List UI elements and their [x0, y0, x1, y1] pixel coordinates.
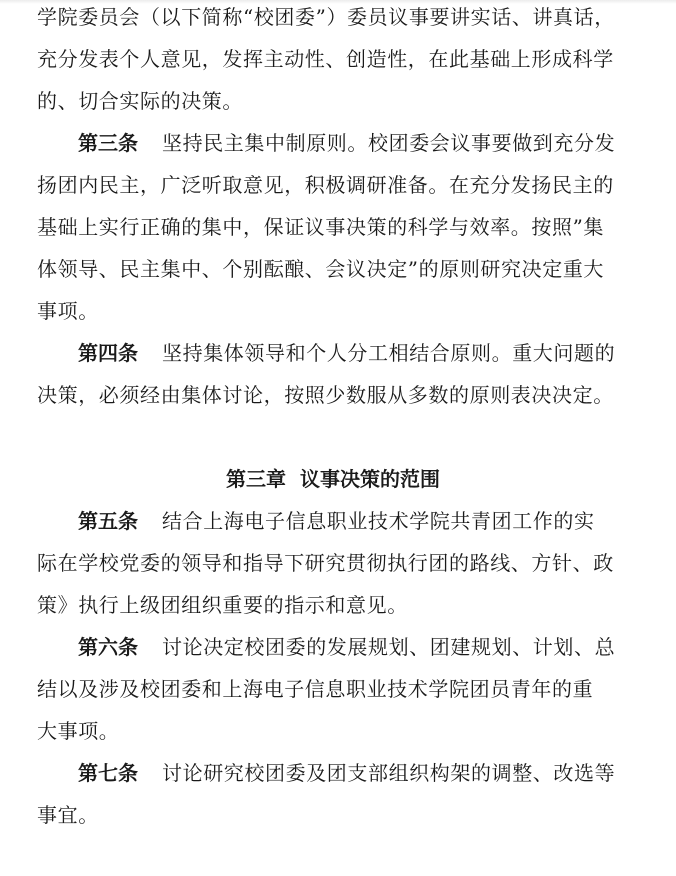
paragraph-line: 结以及涉及校团委和上海电子信息职业技术学院团员青年的重 [37, 668, 593, 710]
paragraph-line: 策》执行上级团组织重要的指示和意见。 [37, 584, 408, 626]
article-6-first-line: 第六条讨论决定校团委的发展规划、团建规划、计划、总 [78, 626, 615, 668]
article-5-label: 第五条 [78, 509, 138, 533]
paragraph-line: 基础上实行正确的集中，保证议事决策的科学与效率。按照”集 [37, 206, 604, 248]
paragraph-line: 充分发表个人意见，发挥主动性、创造性，在此基础上形成科学 [37, 38, 614, 80]
paragraph-line: 学院委员会（以下简称“校团委”）委员议事要讲实话、讲真话， [37, 0, 615, 38]
article-6-text: 讨论决定校团委的发展规划、团建规划、计划、总 [162, 635, 615, 659]
chapter-heading: 第三章 议事决策的范围 [37, 458, 629, 500]
paragraph-line: 体领导、民主集中、个别酝酿、会议决定”的原则研究决定重大 [37, 248, 604, 290]
paragraph-line: 际在学校党委的领导和指导下研究贯彻执行团的路线、方针、政 [37, 542, 614, 584]
paragraph-line: 事宜。 [37, 794, 99, 836]
paragraph-line: 决策，必须经由集体讨论，按照少数服从多数的原则表决决定。 [37, 374, 614, 416]
paragraph-line: 事项。 [37, 290, 99, 332]
article-3-label: 第三条 [78, 131, 138, 155]
article-6-label: 第六条 [78, 635, 138, 659]
paragraph-line: 大事项。 [37, 710, 119, 752]
article-5-first-line: 第五条结合上海电子信息职业技术学院共青团工作的实 [78, 500, 595, 542]
paragraph-line: 的、切合实际的决策。 [37, 80, 243, 122]
article-3-text: 坚持民主集中制原则。校团委会议事要做到充分发 [162, 131, 615, 155]
article-4-text: 坚持集体领导和个人分工相结合原则。重大问题的 [162, 341, 615, 365]
paragraph-line: 扬团内民主，广泛听取意见，积极调研准备。在充分发扬民主的 [37, 164, 614, 206]
article-5-text: 结合上海电子信息职业技术学院共青团工作的实 [162, 509, 595, 533]
article-4-label: 第四条 [78, 341, 138, 365]
article-3-first-line: 第三条坚持民主集中制原则。校团委会议事要做到充分发 [78, 122, 615, 164]
article-7-label: 第七条 [78, 761, 138, 785]
article-4-first-line: 第四条坚持集体领导和个人分工相结合原则。重大问题的 [78, 332, 615, 374]
article-7-first-line: 第七条讨论研究校团委及团支部组织构架的调整、改选等 [78, 752, 615, 794]
article-7-text: 讨论研究校团委及团支部组织构架的调整、改选等 [162, 761, 615, 785]
